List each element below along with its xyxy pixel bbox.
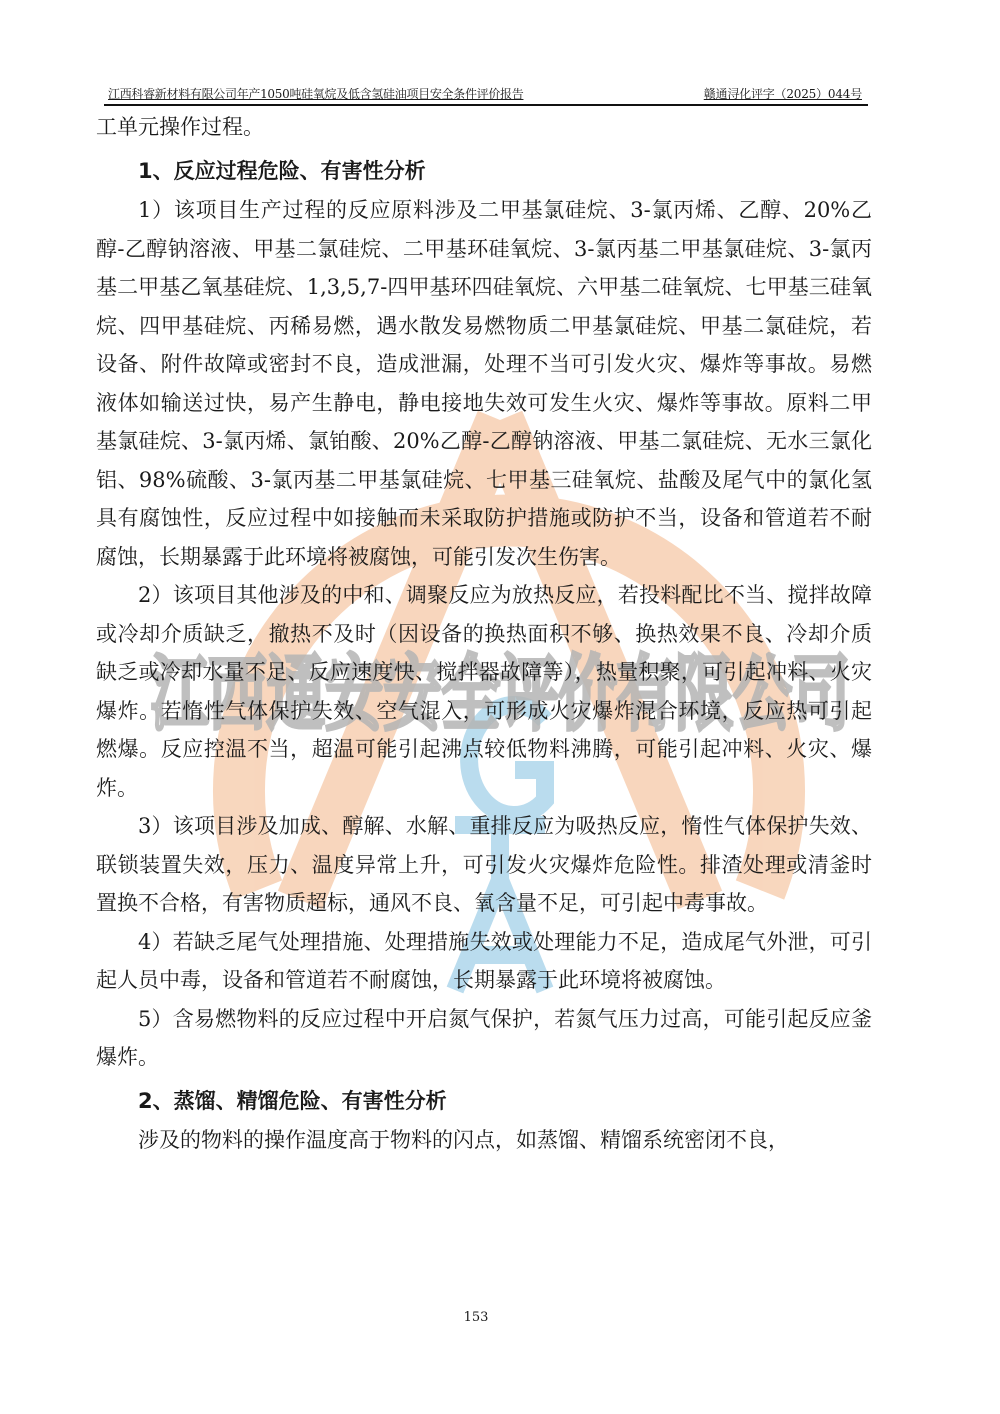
paragraph: 3）该项目涉及加成、醇解、水解、重排反应为吸热反应，惰性气体保护失效、联锁装置失…	[96, 807, 872, 923]
continuation-text: 工单元操作过程。	[96, 108, 872, 147]
page-content: 工单元操作过程。 1、反应过程危险、有害性分析 1）该项目生产过程的反应原料涉及…	[96, 108, 872, 1160]
page-footer: 153	[0, 1310, 1000, 1325]
report-title: 江西科睿新材料有限公司年产1050吨硅氧烷及低含氢硅油项目安全条件评价报告	[108, 85, 523, 103]
section-heading-2: 2、蒸馏、精馏危险、有害性分析	[96, 1082, 872, 1121]
paragraph: 1）该项目生产过程的反应原料涉及二甲基氯硅烷、3-氯丙烯、乙醇、20%乙醇-乙醇…	[96, 191, 872, 576]
document-page: 江西通安安全评价有限公司 江西科睿新材料有限公司年产1050吨硅氧烷及低含氢硅油…	[0, 0, 1000, 1414]
paragraph: 5）含易燃物料的反应过程中开启氮气保护，若氮气压力过高，可能引起反应釜爆炸。	[96, 1000, 872, 1077]
paragraph: 4）若缺乏尾气处理措施、处理措施失效或处理能力不足，造成尾气外泄，可引起人员中毒…	[96, 923, 872, 1000]
page-number: 153	[464, 1310, 489, 1325]
section-heading-1: 1、反应过程危险、有害性分析	[96, 152, 872, 191]
report-number: 赣通浔化评字（2025）044号	[704, 85, 862, 103]
paragraph: 涉及的物料的操作温度高于物料的闪点，如蒸馏、精馏系统密闭不良，	[96, 1121, 872, 1160]
page-header: 江西科睿新材料有限公司年产1050吨硅氧烷及低含氢硅油项目安全条件评价报告 赣通…	[104, 84, 868, 106]
paragraph: 2）该项目其他涉及的中和、调聚反应为放热反应，若投料配比不当、搅拌故障或冷却介质…	[96, 576, 872, 807]
